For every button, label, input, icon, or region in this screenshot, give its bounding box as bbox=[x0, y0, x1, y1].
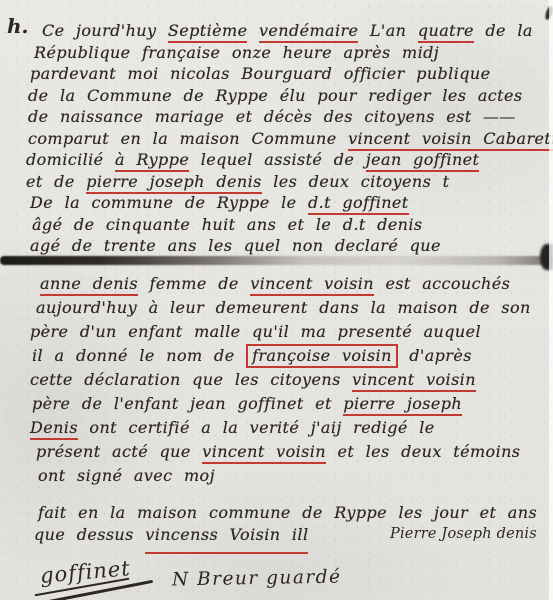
red-underlined-text: vincent voisin bbox=[202, 442, 326, 464]
signature-n-breur: N Breur guardé bbox=[172, 567, 342, 591]
handwriting-text: père de l'enfant jean goffinet et bbox=[32, 394, 343, 413]
red-underlined-text: d.t goffinet bbox=[308, 193, 409, 215]
manuscript-line: de naissance mariage et décès des citoye… bbox=[28, 106, 553, 128]
paragraph-2: anne denis femme de vincent voisin est a… bbox=[30, 272, 531, 488]
handwriting-text: ont certifié a la verité j'aij redigé le bbox=[78, 418, 435, 437]
manuscript-line: pardevant moi nicolas Bourguard officier… bbox=[30, 63, 553, 85]
handwriting-text: domicilié bbox=[26, 150, 115, 169]
red-underlined-text: jean goffinet bbox=[366, 150, 480, 172]
manuscript-line: père de l'enfant jean goffinet et pierre… bbox=[32, 392, 531, 416]
handwriting-text: lequel assisté de bbox=[189, 150, 366, 169]
manuscript-line: agé de trente ans les quel non declaré q… bbox=[30, 235, 553, 257]
red-underlined-text: vincent voisin bbox=[352, 370, 476, 392]
manuscript-line: père d'un enfant malle qu'il ma presenté… bbox=[30, 320, 531, 344]
handwriting-text: de la bbox=[474, 21, 533, 40]
red-underlined-text: pierre joseph denis bbox=[86, 172, 262, 194]
handwriting-text: République française onze heure après mi… bbox=[34, 43, 439, 62]
manuscript-line: fait en la maison commune de Ryppe les j… bbox=[38, 502, 537, 524]
page-edge bbox=[549, 0, 553, 600]
handwriting-text: père d'un enfant malle qu'il ma presenté… bbox=[30, 322, 481, 341]
red-underlined-text: vincent voisin Cabaretier bbox=[348, 129, 553, 151]
red-underlined-text: vincent voisin bbox=[250, 274, 374, 296]
handwriting-text: agé de trente ans les quel non declaré q… bbox=[30, 236, 441, 255]
red-underlined-text: Denis bbox=[30, 418, 78, 440]
manuscript-line: domicilié à Ryppe lequel assisté de jean… bbox=[26, 149, 553, 171]
handwriting-text: de la Commune de Ryppe élu pour rediger … bbox=[28, 86, 522, 105]
manuscript-line: anne denis femme de vincent voisin est a… bbox=[40, 272, 531, 296]
handwriting-text: il a donné le nom de bbox=[32, 346, 246, 365]
manuscript-line: République française onze heure après mi… bbox=[34, 42, 553, 64]
manuscript-line: De la commune de Ryppe le d.t goffinet bbox=[30, 192, 553, 214]
red-underlined-text: Septième bbox=[168, 21, 248, 43]
handwriting-text: les deux citoyens t bbox=[262, 172, 450, 191]
handwriting-text: et de bbox=[26, 172, 86, 191]
red-underlined-text: anne denis bbox=[40, 274, 138, 296]
manuscript-line: comparut en la maison Commune vincent vo… bbox=[28, 128, 553, 150]
red-underlined-text: à Ryppe bbox=[115, 150, 189, 172]
manuscript-line: et de pierre joseph denis les deux citoy… bbox=[26, 171, 553, 193]
handwriting-text: est accouchés bbox=[374, 274, 510, 293]
manuscript-line: Denis ont certifié a la verité j'aij red… bbox=[30, 416, 531, 440]
manuscript-line: il a donné le nom de françoise voisin d'… bbox=[32, 344, 531, 368]
handwriting-text: présent acté que bbox=[36, 442, 202, 461]
handwriting-text: pardevant moi nicolas Bourguard officier… bbox=[30, 64, 490, 83]
handwriting-text: de naissance mariage et décès des citoye… bbox=[28, 107, 516, 126]
red-underlined-text: vincenss Voisin ill bbox=[145, 525, 308, 554]
manuscript: Ce jourd'huy Septième vendémaire L'an qu… bbox=[0, 0, 553, 600]
handwriting-text: que dessus bbox=[34, 525, 145, 544]
manuscript-line: présent acté que vincent voisin et les d… bbox=[36, 440, 531, 464]
handwriting-text: L'an bbox=[358, 21, 417, 40]
red-underlined-text: pierre joseph bbox=[343, 394, 462, 416]
red-boxed-text: françoise voisin bbox=[246, 344, 398, 368]
handwriting-text: Ce jourd'huy bbox=[42, 21, 168, 40]
red-underlined-text: vendémaire bbox=[259, 21, 358, 43]
signature-pierre-joseph-denis: Pierre Joseph denis bbox=[390, 526, 537, 542]
manuscript-line: de la Commune de Ryppe élu pour rediger … bbox=[28, 85, 553, 107]
paragraph-1: Ce jourd'huy Septième vendémaire L'an qu… bbox=[26, 20, 553, 257]
manuscript-line: aujourd'huy à leur demeurent dans la mai… bbox=[36, 296, 531, 320]
handwriting-text: De la commune de Ryppe le bbox=[30, 193, 308, 212]
handwriting-text: femme de bbox=[138, 274, 250, 293]
handwriting-text: âgé de cinquante huit ans et le d.t deni… bbox=[32, 215, 423, 234]
document-scan: h. Ce jourd'huy Septième vendémaire L'an… bbox=[0, 0, 553, 600]
handwriting-text: d'après bbox=[398, 346, 472, 365]
handwriting-text bbox=[247, 21, 259, 40]
handwriting-text: comparut en la maison Commune bbox=[28, 129, 348, 148]
manuscript-line: ont signé avec moj bbox=[38, 464, 531, 488]
handwriting-text: ont signé avec moj bbox=[38, 466, 215, 485]
manuscript-line: Ce jourd'huy Septième vendémaire L'an qu… bbox=[42, 20, 553, 42]
red-underlined-text: quatre bbox=[418, 21, 474, 43]
handwriting-text: et les deux témoins bbox=[326, 442, 520, 461]
manuscript-line: cette déclaration que les citoyens vince… bbox=[30, 368, 531, 392]
manuscript-line: âgé de cinquante huit ans et le d.t deni… bbox=[32, 214, 553, 236]
handwriting-text: cette déclaration que les citoyens bbox=[30, 370, 352, 389]
handwriting-text: aujourd'huy à leur demeurent dans la mai… bbox=[36, 298, 531, 317]
handwriting-text: fait en la maison commune de Ryppe les j… bbox=[38, 503, 537, 522]
fold-crease-artifact bbox=[0, 256, 553, 265]
